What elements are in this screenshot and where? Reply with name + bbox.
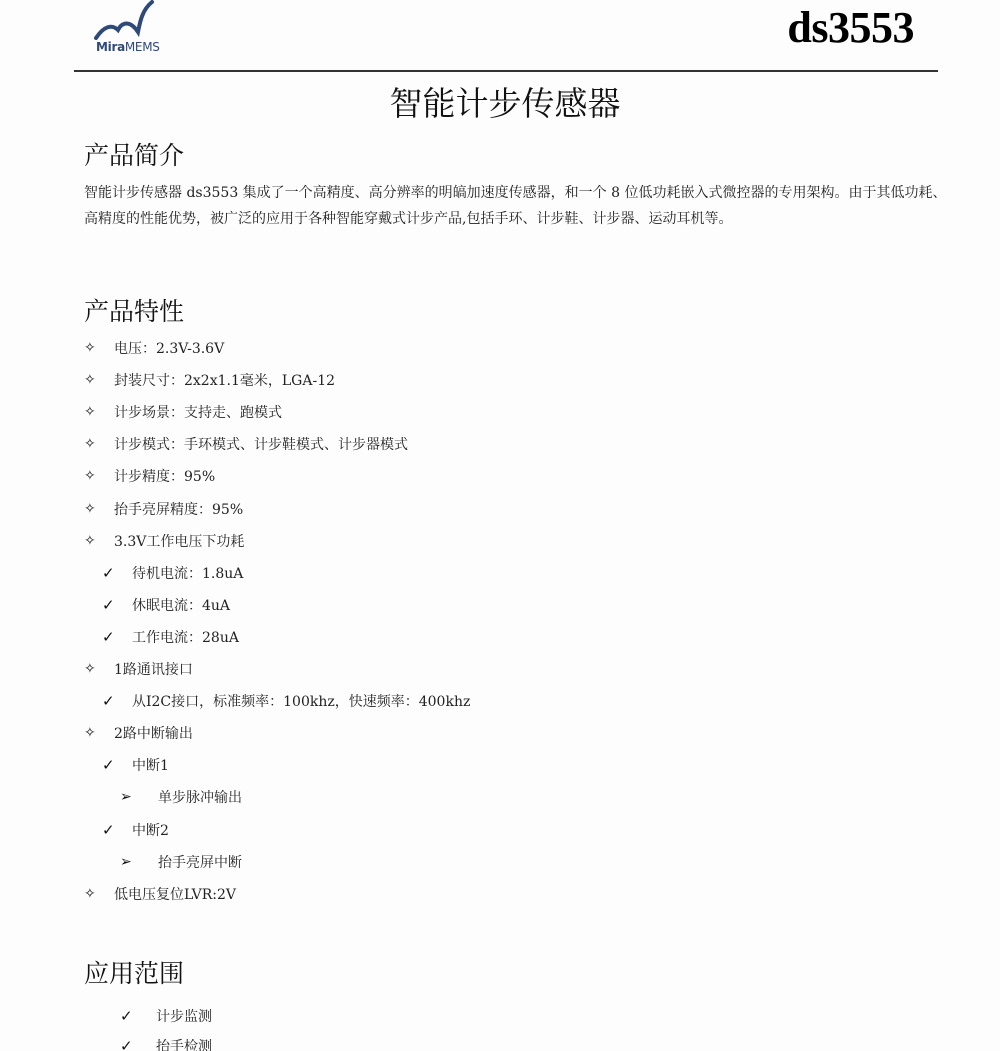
section-heading-applications: 应用范围 xyxy=(84,954,184,990)
diamond-bullet-icon: ✧ xyxy=(84,661,114,677)
logo-wave-icon xyxy=(86,0,166,45)
feature-text: 单步脉冲输出 xyxy=(158,787,242,807)
feature-item: ✓中断2 xyxy=(102,819,169,841)
feature-text: 计步场景：支持走、跑模式 xyxy=(114,402,282,422)
diamond-bullet-icon: ✧ xyxy=(84,404,114,420)
feature-text: 计步模式：手环模式、计步鞋模式、计步器模式 xyxy=(114,434,408,454)
diamond-bullet-icon: ✧ xyxy=(84,533,114,549)
checkmark-bullet-icon: ✓ xyxy=(102,756,132,774)
feature-text: 1路通讯接口 xyxy=(114,659,193,679)
arrow-bullet-icon: ➢ xyxy=(120,854,158,870)
feature-text: 中断1 xyxy=(132,755,169,775)
checkmark-bullet-icon: ✓ xyxy=(102,596,132,614)
diamond-bullet-icon: ✧ xyxy=(84,340,114,356)
feature-text: 计步精度：95% xyxy=(114,466,215,486)
feature-item: ✧1路通讯接口 xyxy=(84,658,193,680)
checkmark-bullet-icon: ✓ xyxy=(102,564,132,582)
feature-text: 工作电流：28uA xyxy=(132,627,239,647)
feature-text: 3.3V工作电压下功耗 xyxy=(114,531,244,551)
feature-text: 待机电流：1.8uA xyxy=(132,563,243,583)
diamond-bullet-icon: ✧ xyxy=(84,501,114,517)
checkmark-bullet-icon: ✓ xyxy=(120,1037,156,1051)
header-divider xyxy=(74,70,938,72)
feature-text: 低电压复位LVR:2V xyxy=(114,884,236,904)
diamond-bullet-icon: ✧ xyxy=(84,436,114,452)
checkmark-bullet-icon: ✓ xyxy=(102,692,132,710)
feature-text: 中断2 xyxy=(132,820,169,840)
feature-text: 封装尺寸：2x2x1.1毫米，LGA-12 xyxy=(114,370,335,390)
diamond-bullet-icon: ✧ xyxy=(84,372,114,388)
feature-item: ✧计步场景：支持走、跑模式 xyxy=(84,401,282,423)
logo-text: MiraMEMS xyxy=(96,40,160,54)
section-heading-features: 产品特性 xyxy=(84,292,184,328)
feature-item: ✧计步模式：手环模式、计步鞋模式、计步器模式 xyxy=(84,433,408,455)
feature-item: ✧电压：2.3V-3.6V xyxy=(84,337,224,359)
application-item: ✓计步监测 xyxy=(120,1005,212,1027)
checkmark-bullet-icon: ✓ xyxy=(120,1007,156,1025)
diamond-bullet-icon: ✧ xyxy=(84,886,114,902)
feature-text: 抬手亮屏中断 xyxy=(158,852,242,872)
checkmark-bullet-icon: ✓ xyxy=(102,821,132,839)
feature-item: ✓待机电流：1.8uA xyxy=(102,562,243,584)
feature-text: 电压：2.3V-3.6V xyxy=(114,338,224,358)
arrow-bullet-icon: ➢ xyxy=(120,789,158,805)
feature-item: ✧低电压复位LVR:2V xyxy=(84,883,236,905)
feature-item: ✓工作电流：28uA xyxy=(102,626,239,648)
part-number: ds3553 xyxy=(787,2,914,53)
intro-paragraph: 智能计步传感器 ds3553 集成了一个高精度、高分辨率的明皜加速度传感器，和一… xyxy=(84,180,954,232)
diamond-bullet-icon: ✧ xyxy=(84,725,114,741)
feature-item: ✧封装尺寸：2x2x1.1毫米，LGA-12 xyxy=(84,369,335,391)
feature-item: ✧3.3V工作电压下功耗 xyxy=(84,530,244,552)
application-item: ✓抬手检测 xyxy=(120,1035,212,1051)
feature-item: ✓休眠电流：4uA xyxy=(102,594,230,616)
feature-text: 从I2C接口，标准频率：100khz，快速频率：400khz xyxy=(132,691,470,711)
feature-item: ✧2路中断输出 xyxy=(84,722,193,744)
feature-item: ✓从I2C接口，标准频率：100khz，快速频率：400khz xyxy=(102,690,470,712)
diamond-bullet-icon: ✧ xyxy=(84,468,114,484)
miramems-logo: MiraMEMS xyxy=(86,0,166,60)
feature-item: ✧抬手亮屏精度：95% xyxy=(84,498,243,520)
feature-item: ➢单步脉冲输出 xyxy=(120,786,242,808)
feature-text: 2路中断输出 xyxy=(114,723,193,743)
feature-text: 抬手亮屏精度：95% xyxy=(114,499,243,519)
document-title: 智能计步传感器 xyxy=(0,78,1000,125)
checkmark-bullet-icon: ✓ xyxy=(102,628,132,646)
feature-item: ✧计步精度：95% xyxy=(84,465,215,487)
feature-item: ➢抬手亮屏中断 xyxy=(120,851,242,873)
section-heading-intro: 产品简介 xyxy=(84,136,184,172)
application-text: 计步监测 xyxy=(156,1006,212,1026)
application-text: 抬手检测 xyxy=(156,1036,212,1051)
feature-text: 休眠电流：4uA xyxy=(132,595,230,615)
feature-item: ✓中断1 xyxy=(102,754,169,776)
